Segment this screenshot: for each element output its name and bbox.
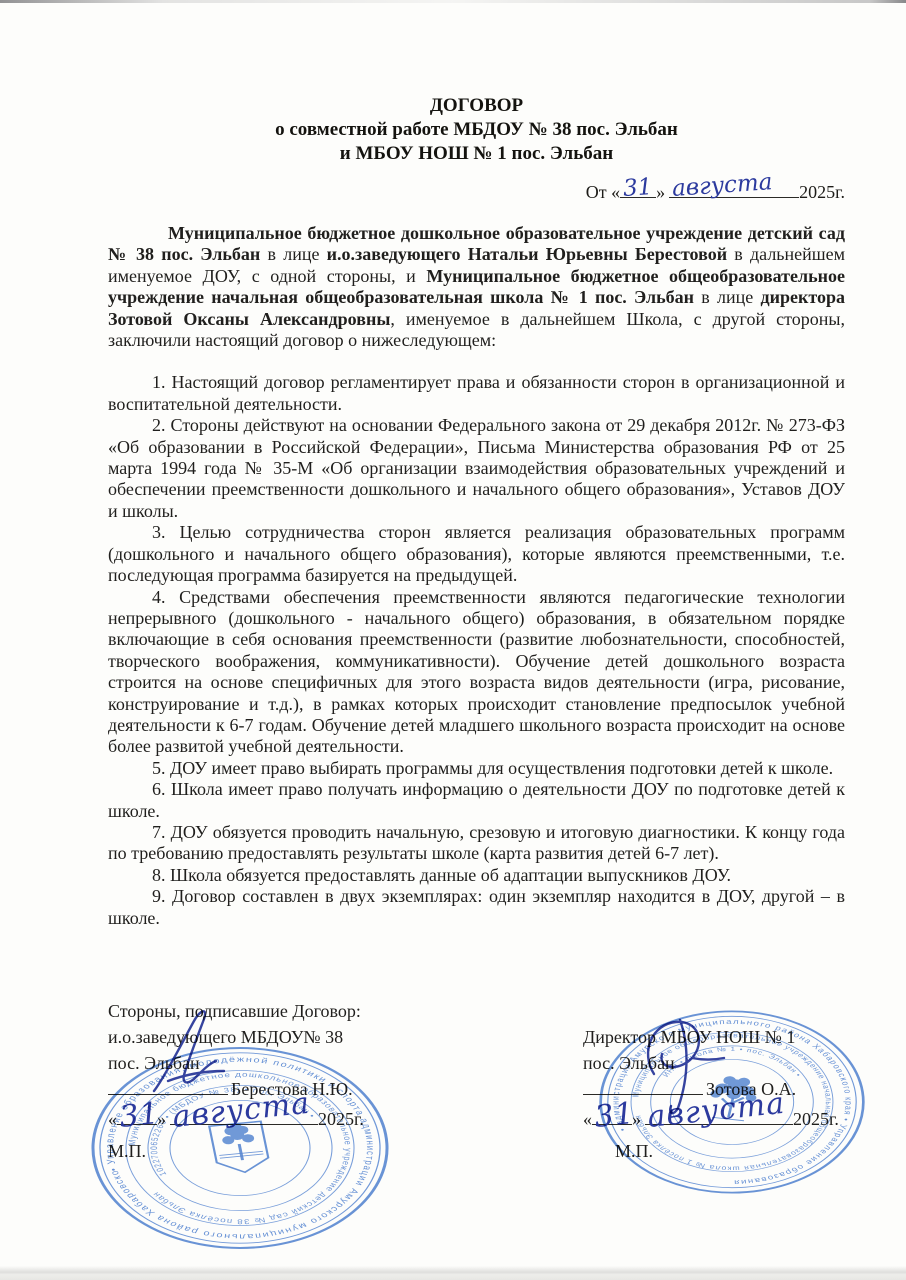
date-day-blank: 31 bbox=[620, 182, 656, 198]
handwritten-day: 31 bbox=[593, 1101, 636, 1131]
date-year: 2025г. bbox=[793, 1109, 839, 1129]
intro-segment: в лице bbox=[694, 287, 761, 307]
signature-date: «31»августа2025г. bbox=[108, 1106, 458, 1136]
open-quote: « bbox=[108, 1109, 117, 1129]
doc-body: Муниципальное бюджетное дошкольное образ… bbox=[108, 223, 845, 929]
clause: 7. ДОУ обязуется проводить начальную, ср… bbox=[108, 822, 845, 865]
clause: 4. Средствами обеспечения преемственност… bbox=[108, 587, 845, 758]
handwritten-day: 31 bbox=[118, 1101, 161, 1131]
doc-title-line2: о совместной работе МБДОУ № 38 пос. Эльб… bbox=[108, 118, 845, 142]
clause: 8. Школа обязуется предоставлять данные … bbox=[108, 865, 845, 886]
clause: 3. Целью сотрудничества сторон является … bbox=[108, 522, 845, 586]
signer-role: и.о.заведующего МБДОУ№ 38 bbox=[108, 1024, 458, 1050]
document-content: ДОГОВОР о совместной работе МБДОУ № 38 п… bbox=[108, 0, 845, 929]
date-day-blank: 31 bbox=[592, 1106, 632, 1125]
scanned-contract-page: ДОГОВОР о совместной работе МБДОУ № 38 п… bbox=[0, 0, 906, 1280]
scan-edge-bottom bbox=[0, 1266, 906, 1280]
signature-line: Зотова О.А. bbox=[583, 1076, 845, 1102]
date-day-blank: 31 bbox=[117, 1106, 157, 1125]
doc-title: ДОГОВОР о совместной работе МБДОУ № 38 п… bbox=[108, 0, 845, 166]
doc-title-line3: и МБОУ НОШ № 1 пос. Эльбан bbox=[108, 142, 845, 166]
signature-block-school: Директор МБОУ НОШ № 1 пос. Эльбан Зотова… bbox=[583, 1024, 845, 1164]
handwritten-day: 31 bbox=[622, 174, 653, 202]
close-quote: » bbox=[157, 1109, 166, 1129]
clause: 1. Настоящий договор регламентирует прав… bbox=[108, 372, 845, 415]
signature-date: «31»августа2025г. bbox=[583, 1106, 845, 1136]
signature-section: Стороны, подписавшие Договор: и.о.заведу… bbox=[108, 998, 845, 1164]
date-close-quote: » bbox=[656, 182, 665, 202]
signature-line: Берестова Н.Ю. bbox=[108, 1076, 458, 1102]
signer-place: пос. Эльбан bbox=[583, 1050, 845, 1076]
date-prefix: От « bbox=[586, 182, 620, 202]
signature-block-dou: и.о.заведующего МБДОУ№ 38 пос. Эльбан Бе… bbox=[108, 1024, 458, 1164]
intro-segment: в лице bbox=[260, 244, 326, 264]
signature-rule bbox=[583, 1080, 703, 1095]
signer-role: Директор МБОУ НОШ № 1 bbox=[583, 1024, 845, 1050]
handwritten-month: августа bbox=[671, 169, 773, 202]
clause: 9. Договор составлен в двух экземплярах:… bbox=[108, 886, 845, 929]
seal-placeholder: М.П. bbox=[583, 1138, 845, 1164]
signer-name: Берестова Н.Ю. bbox=[231, 1079, 353, 1099]
date-year: 2025г. bbox=[799, 182, 845, 202]
doc-title-line1: ДОГОВОР bbox=[108, 94, 845, 118]
date-year: 2025г. bbox=[318, 1109, 364, 1129]
signature-columns: и.о.заведующего МБДОУ№ 38 пос. Эльбан Бе… bbox=[108, 1024, 845, 1164]
signature-rule bbox=[108, 1080, 228, 1095]
intro-segment: и.о.заведующего Натальи Юрьевны Берестов… bbox=[327, 244, 727, 264]
clause: 2. Стороны действуют на основании Федера… bbox=[108, 415, 845, 522]
date-month-blank: августа bbox=[645, 1106, 793, 1125]
seal-placeholder: М.П. bbox=[108, 1138, 458, 1164]
doc-date-line: От «31»августа2025г. bbox=[108, 182, 845, 203]
date-month-blank: августа bbox=[669, 182, 799, 198]
signing-heading: Стороны, подписавшие Договор: bbox=[108, 998, 845, 1024]
clauses-list: 1. Настоящий договор регламентирует прав… bbox=[108, 372, 845, 929]
signer-name: Зотова О.А. bbox=[706, 1079, 796, 1099]
intro-paragraph: Муниципальное бюджетное дошкольное образ… bbox=[108, 223, 845, 351]
clause: 5. ДОУ имеет право выбирать программы дл… bbox=[108, 758, 845, 779]
open-quote: « bbox=[583, 1109, 592, 1129]
signer-place: пос. Эльбан bbox=[108, 1050, 458, 1076]
date-month-blank: августа bbox=[170, 1106, 318, 1125]
close-quote: » bbox=[632, 1109, 641, 1129]
clause: 6. Школа имеет право получать информацию… bbox=[108, 779, 845, 822]
